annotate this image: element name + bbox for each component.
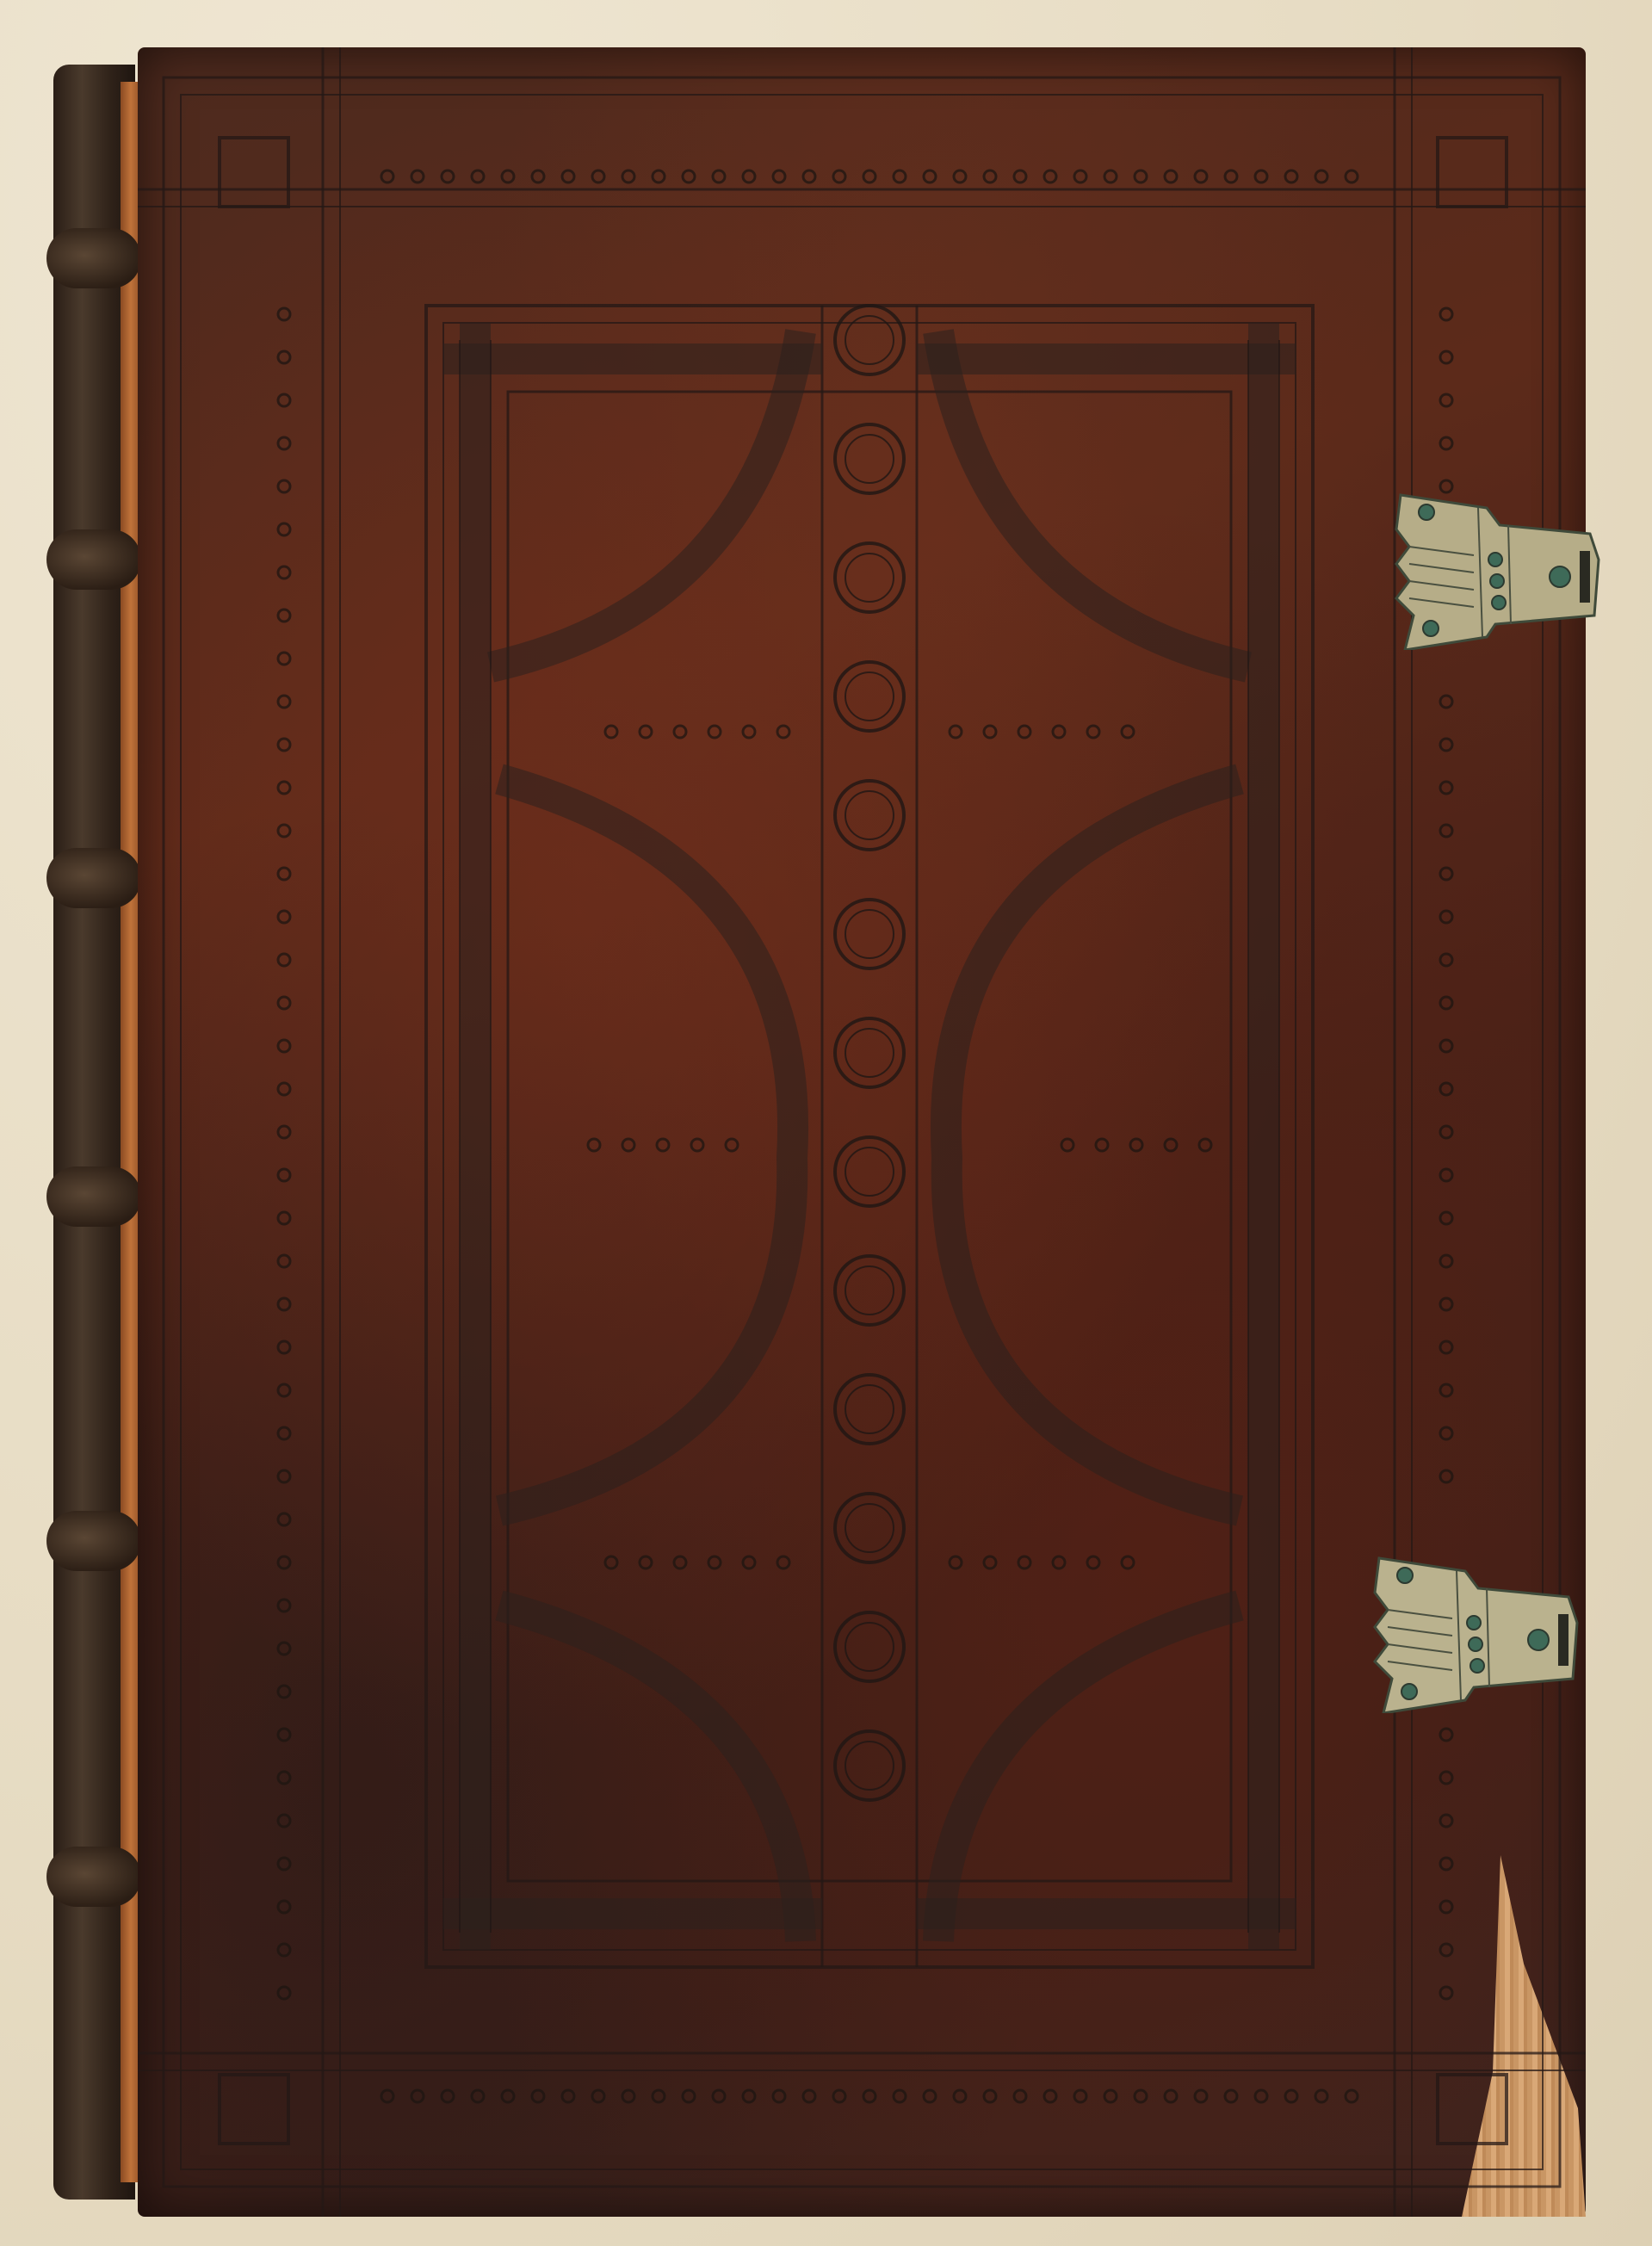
spine-band: [46, 1511, 141, 1571]
spine-band: [46, 1166, 141, 1227]
spine-band: [46, 529, 141, 590]
spine-band: [46, 1847, 141, 1907]
spine-band: [46, 848, 141, 908]
book: [53, 47, 1586, 2217]
blind-tooling: [138, 47, 1586, 2217]
spine-band: [46, 228, 141, 288]
brass-clasp-upper: [1392, 486, 1607, 650]
brass-clasp-lower: [1370, 1550, 1586, 1713]
